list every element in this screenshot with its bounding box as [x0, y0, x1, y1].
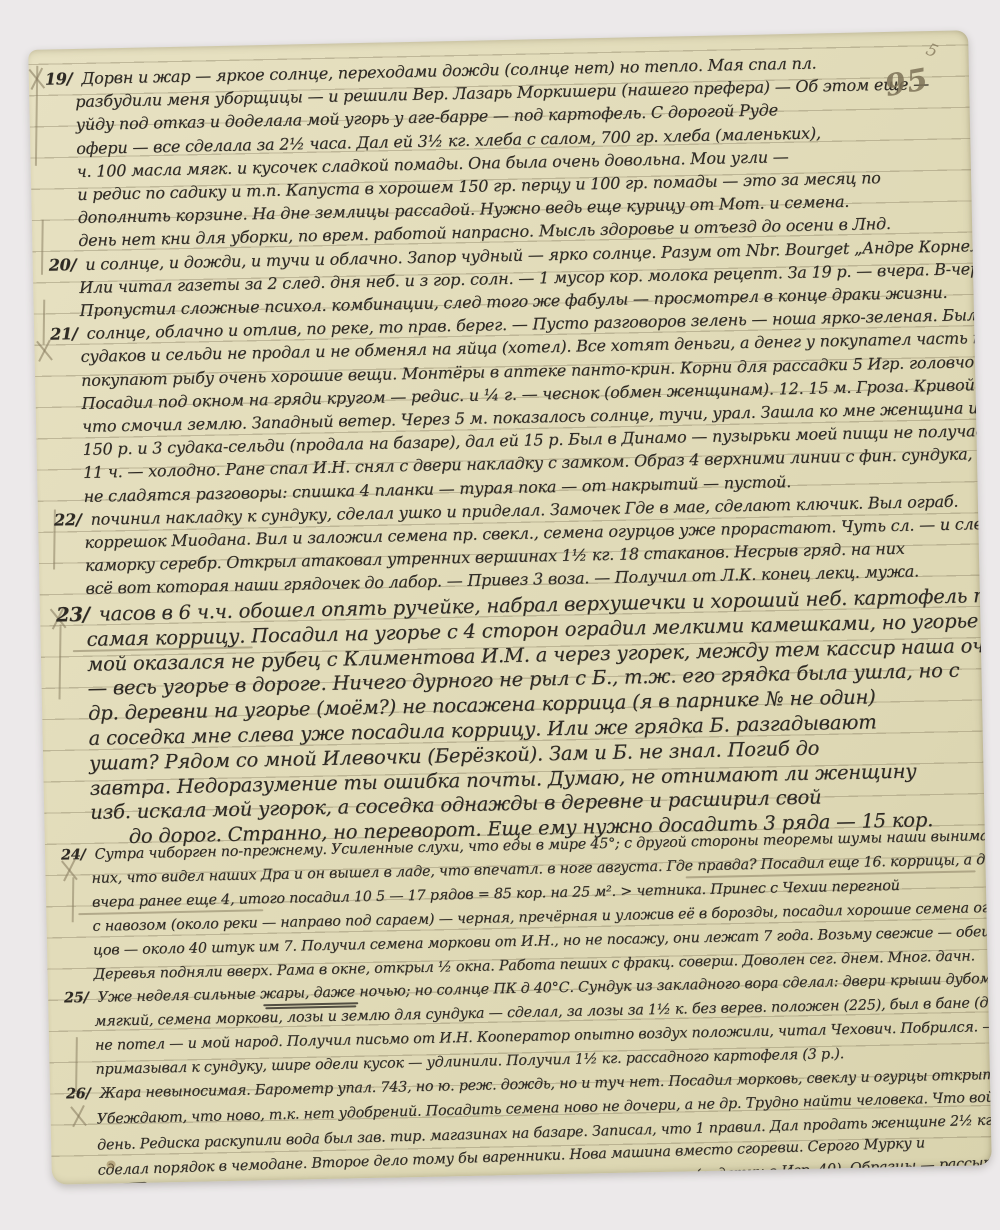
pencil-margin-line	[72, 877, 75, 922]
pencil-cross-mark	[70, 1105, 86, 1127]
pencil-margin-line	[59, 624, 62, 699]
entry-date-label: 19/	[45, 69, 73, 89]
entry-date-label: 24/	[61, 847, 86, 864]
pencil-cross-mark	[29, 68, 45, 90]
entry-date-label: 21/	[50, 324, 78, 344]
entry-date-label: 23/	[56, 603, 90, 627]
diary-page: 19/Дорвн и жар — яркое солнце, переходам…	[28, 30, 992, 1184]
ink-scribble	[68, 1182, 148, 1185]
page-number-pencil: 95	[882, 62, 931, 104]
entry-date-label: 26/	[66, 1086, 91, 1103]
entry-date-label: 22/	[54, 510, 82, 530]
pencil-margin-line	[75, 1037, 78, 1092]
entry-date-label: 25/	[64, 990, 89, 1007]
pencil-marks-layer	[28, 30, 968, 50]
handwriting-layer: 19/Дорвн и жар — яркое солнце, переходам…	[28, 30, 968, 50]
pencil-margin-line	[43, 300, 46, 345]
scan-background: 19/Дорвн и жар — яркое солнце, переходам…	[0, 0, 1000, 1230]
scanned-diary-screenshot: { "page": { "page_number": "95", "corner…	[0, 0, 1000, 1230]
entry-date-label: 20/	[49, 255, 77, 275]
pencil-margin-line	[41, 220, 44, 275]
corner-pencil-mark: 5	[923, 40, 941, 63]
